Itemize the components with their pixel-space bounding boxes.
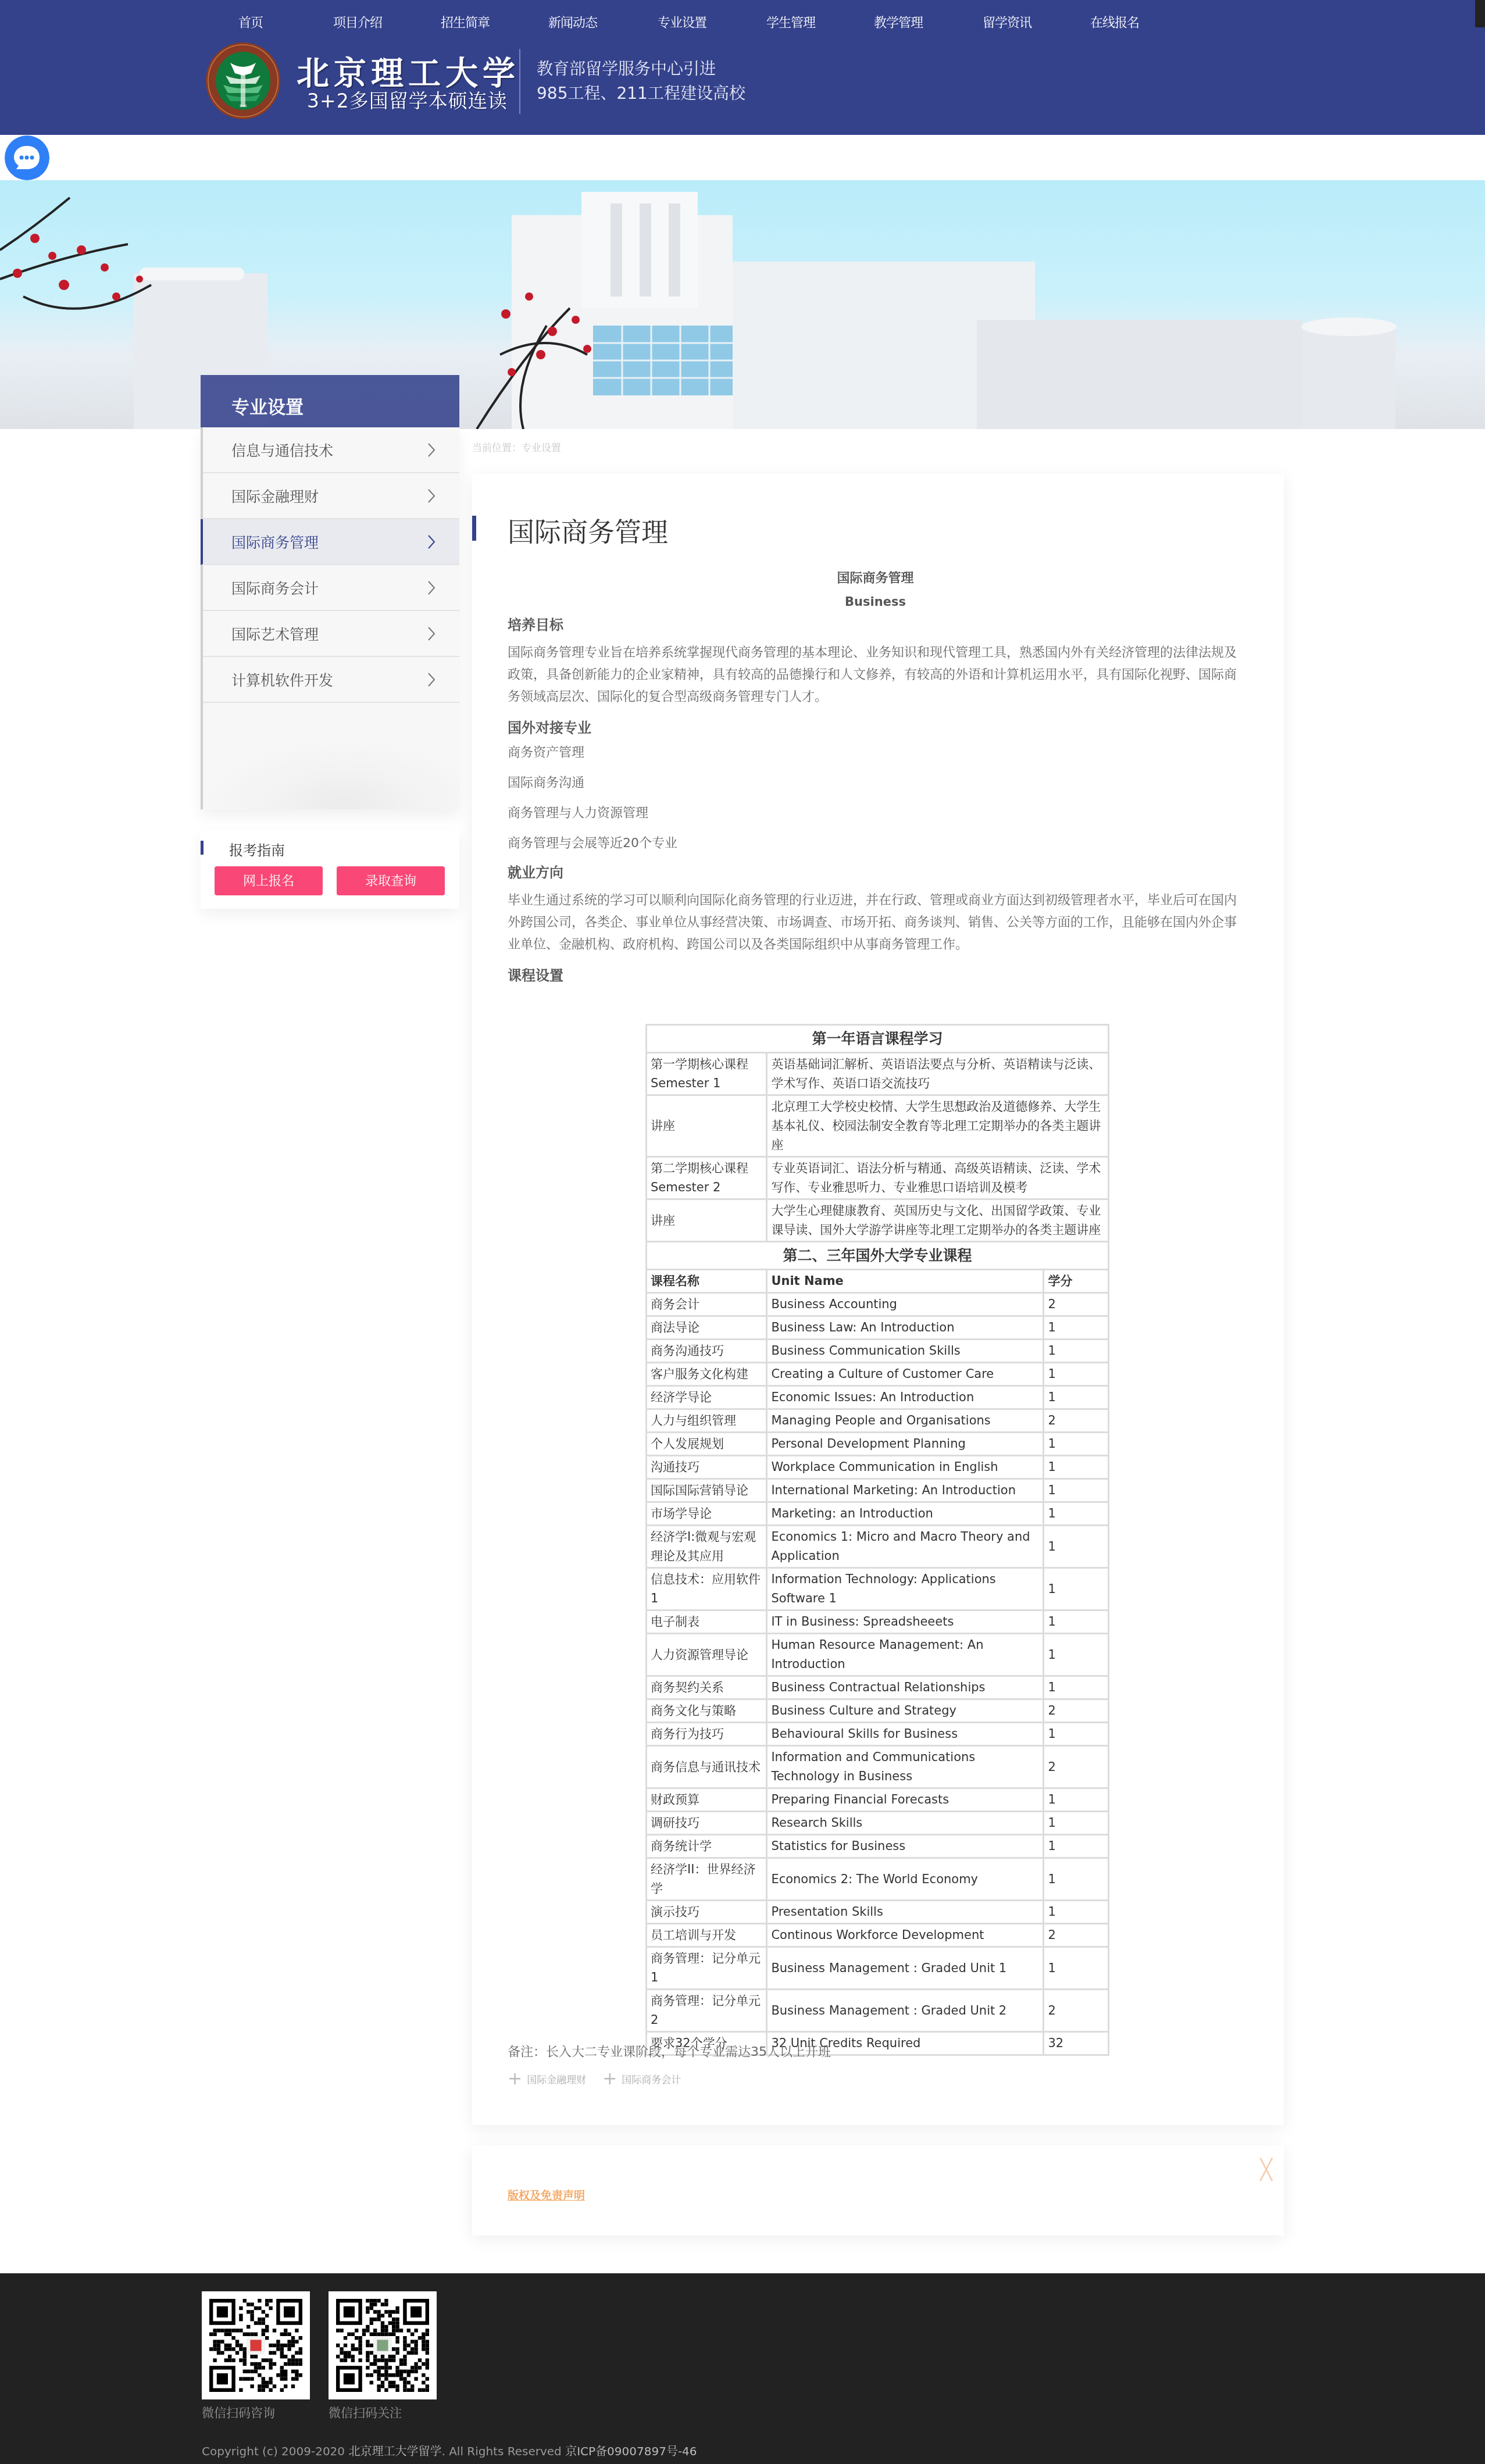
table-cell: 2 <box>1044 1293 1109 1316</box>
chevron-right-icon <box>427 534 436 549</box>
table-cell: 1 <box>1044 1723 1109 1746</box>
table-cell: 演示技巧 <box>647 1901 767 1924</box>
table-cell: 1 <box>1044 1502 1109 1526</box>
application-guide-panel: 报考指南 网上报名 录取查询 <box>201 830 459 909</box>
table-cell: IT in Business: Spreadsheeets <box>767 1610 1044 1634</box>
table-cell: 商法导论 <box>647 1316 767 1340</box>
table-row: 经济学导论Economic Issues: An Introduction1 <box>647 1386 1109 1409</box>
table-cell: Business Management : Graded Unit 1 <box>767 1947 1044 1990</box>
sidebar-item-ict[interactable]: 信息与通信技术 <box>203 427 459 473</box>
table-cell: 1 <box>1044 1479 1109 1502</box>
table-cell: 1 <box>1044 1812 1109 1835</box>
table-cell: International Marketing: An Introduction <box>767 1479 1044 1502</box>
qr-consult <box>202 2291 259 2399</box>
table-cell: Personal Development Planning <box>767 1433 1044 1456</box>
table-cell: 国际国际营销导论 <box>647 1479 767 1502</box>
table-row: 讲座大学生心理健康教育、英国历史与文化、出国留学政策、专业课导读、国外大学游学讲… <box>647 1199 1109 1242</box>
sidebar-item-label: 国际商务管理 <box>231 531 319 552</box>
table-cell: Economic Issues: An Introduction <box>767 1386 1044 1409</box>
table-cell: Information Technology: Applications Sof… <box>767 1568 1044 1610</box>
article-pager: +国际金融理财 +国际商务会计 <box>508 2072 681 2086</box>
sidebar-item-international-business-accounting[interactable]: 国际商务会计 <box>203 565 459 611</box>
table-cell: 信息技术：应用软件1 <box>647 1568 767 1610</box>
section-text-career: 毕业生通过系统的学习可以顺利向国际化商务管理的行业迈进，并在行政、管理或商业方面… <box>508 890 1243 956</box>
list-item: 商务资产管理 <box>508 738 1243 768</box>
list-item: 商务管理与会展等近20个专业 <box>508 829 1243 859</box>
breadcrumb: 当前位置：专业设置 <box>472 440 561 454</box>
section-heading-career: 就业方向 <box>508 861 1243 881</box>
table-cell: 市场学导论 <box>647 1502 767 1526</box>
table-cell: Behavioural Skills for Business <box>767 1723 1044 1746</box>
table-cell: 经济学II：世界经济学 <box>647 1858 767 1901</box>
table-cell: 个人发展规划 <box>647 1433 767 1456</box>
table-cell: 2 <box>1044 1699 1109 1723</box>
table-cell: 1 <box>1044 1340 1109 1363</box>
next-article-link[interactable]: +国际商务会计 <box>602 2072 681 2086</box>
table-row: 商务管理：记分单元1Business Management : Graded U… <box>647 1947 1109 1990</box>
table-cell: 商务管理：记分单元1 <box>647 1947 767 1990</box>
table-cell: 员工培训与开发 <box>647 1924 767 1947</box>
chevron-right-icon <box>427 580 436 595</box>
disclaimer-link[interactable]: 版权及免责声明 <box>508 2187 585 2203</box>
admission-query-button[interactable]: 录取查询 <box>337 866 445 895</box>
table-header-cell: Unit Name <box>767 1270 1044 1293</box>
table-cell: 经济学I:微观与宏观理论及其应用 <box>647 1526 767 1568</box>
table-cell: Human Resource Management: An Introducti… <box>767 1634 1044 1676</box>
chevron-right-icon <box>427 488 436 503</box>
sidebar-item-international-finance[interactable]: 国际金融理财 <box>203 473 459 519</box>
table-cell: 商务统计学 <box>647 1835 767 1858</box>
table-row: 员工培训与开发Continous Workforce Development2 <box>647 1924 1109 1947</box>
qr-caption-consult: 微信扫码咨询 <box>202 2404 275 2421</box>
table-row: 演示技巧Presentation Skills1 <box>647 1901 1109 1924</box>
table-cell: Business Law: An Introduction <box>767 1316 1044 1340</box>
table-cell: 1 <box>1044 1363 1109 1386</box>
table-cell: Business Management : Graded Unit 2 <box>767 1990 1044 2032</box>
page-title: 国际商务管理 <box>508 511 668 549</box>
table-cell: 1 <box>1044 1634 1109 1676</box>
nav-student-management[interactable]: 学生管理 <box>766 13 815 31</box>
table-row: 商法导论Business Law: An Introduction1 <box>647 1316 1109 1340</box>
table-cell: Workplace Communication in English <box>767 1456 1044 1479</box>
table-cell: Business Culture and Strategy <box>767 1699 1044 1723</box>
guide-accent-bar <box>201 841 204 855</box>
table-cell: 1 <box>1044 1858 1109 1901</box>
table-row: 经济学II：世界经济学Economics 2: The World Econom… <box>647 1858 1109 1901</box>
table-cell: Research Skills <box>767 1812 1044 1835</box>
table-section-row: 第一年语言课程学习 <box>647 1025 1109 1053</box>
table-cell: 1 <box>1044 1835 1109 1858</box>
table-row: 财政预算Preparing Financial Forecasts1 <box>647 1788 1109 1812</box>
table-section-title: 第二、三年国外大学专业课程 <box>647 1242 1109 1270</box>
table-row: 商务信息与通讯技术Information and Communications … <box>647 1746 1109 1788</box>
table-cell: 电子制表 <box>647 1610 767 1634</box>
university-logo-icon[interactable]: 1940 <box>205 42 281 120</box>
main-nav: 首页 项目介绍 招生简章 新闻动态 专业设置 学生管理 教学管理 留学资讯 在线… <box>0 13 1485 33</box>
table-cell: 32 <box>1044 2032 1109 2055</box>
brand-tagline-line1: 教育部留学服务中心引进 <box>537 57 745 81</box>
article-card: 国际商务管理 国际商务管理 Business 培养目标 国际商务管理专业旨在培养… <box>472 474 1284 2125</box>
table-row: 人力资源管理导论Human Resource Management: An In… <box>647 1634 1109 1676</box>
article-center-title: 国际商务管理 <box>508 567 1243 590</box>
table-header-cell: 课程名称 <box>647 1270 767 1293</box>
chevron-right-icon <box>427 672 436 687</box>
copyright-owner-link[interactable]: 北京理工大学留学 <box>348 2444 441 2458</box>
table-row: 商务沟通技巧Business Communication Skills1 <box>647 1340 1109 1363</box>
table-cell: 商务管理：记分单元2 <box>647 1990 767 2032</box>
nav-online-apply[interactable]: 在线报名 <box>1090 13 1139 31</box>
guide-title: 报考指南 <box>229 839 285 859</box>
brand-divider <box>519 49 520 114</box>
table-cell: Continous Workforce Development <box>767 1924 1044 1947</box>
table-cell-label: 第二学期核心课程 Semester 2 <box>647 1157 767 1199</box>
sidebar-menu: 信息与通信技术 国际金融理财 国际商务管理 国际商务会计 国际艺术管理 计算机软… <box>201 427 459 809</box>
table-cell: 商务会计 <box>647 1293 767 1316</box>
table-cell: Economics 1: Micro and Macro Theory and … <box>767 1526 1044 1568</box>
sidebar-item-label: 国际金融理财 <box>231 485 319 506</box>
table-cell: Information and Communications Technolog… <box>767 1746 1044 1788</box>
nav-study-abroad-news[interactable]: 留学资讯 <box>983 13 1031 31</box>
table-cell: 1 <box>1044 1568 1109 1610</box>
nav-home[interactable]: 首页 <box>238 13 263 31</box>
table-row: 商务统计学Statistics for Business1 <box>647 1835 1109 1858</box>
close-icon[interactable]: ╳ <box>1261 2158 1272 2181</box>
table-cell: 2 <box>1044 1746 1109 1788</box>
sidebar-title: 专业设置 <box>201 375 459 427</box>
table-row: 经济学I:微观与宏观理论及其应用Economics 1: Micro and M… <box>647 1526 1109 1568</box>
table-cell: Economics 2: The World Economy <box>767 1858 1044 1901</box>
table-cell: 1 <box>1044 1901 1109 1924</box>
site-footer: 微信扫码咨询 微信扫码关注 Copyright (c) 2009-2020 北京… <box>0 2273 1485 2464</box>
table-cell-label: 讲座 <box>647 1199 767 1242</box>
table-cell: 人力与组织管理 <box>647 1409 767 1433</box>
prev-article-label: 国际金融理财 <box>527 2072 586 2086</box>
table-cell: 2 <box>1044 1990 1109 2032</box>
section-heading-goal: 培养目标 <box>508 613 1243 634</box>
nav-project-intro[interactable]: 项目介绍 <box>333 13 382 31</box>
table-cell: 经济学导论 <box>647 1386 767 1409</box>
table-cell: 客户服务文化构建 <box>647 1363 767 1386</box>
table-row: 个人发展规划Personal Development Planning1 <box>647 1433 1109 1456</box>
table-row: 第一学期核心课程 Semester 1英语基础词汇解析、英语语法要点与分析、英语… <box>647 1053 1109 1095</box>
table-cell: 调研技巧 <box>647 1812 767 1835</box>
table-header-row: 课程名称Unit Name学分 <box>647 1270 1109 1293</box>
table-row: 客户服务文化构建Creating a Culture of Customer C… <box>647 1363 1109 1386</box>
qr-caption-follow: 微信扫码关注 <box>329 2404 402 2421</box>
table-row: 沟通技巧Workplace Communication in English1 <box>647 1456 1109 1479</box>
sidebar: 专业设置 信息与通信技术 国际金融理财 国际商务管理 国际商务会计 国际艺术管理… <box>201 375 459 809</box>
table-section-title: 第一年语言课程学习 <box>647 1025 1109 1053</box>
table-row: 商务文化与策略Business Culture and Strategy2 <box>647 1699 1109 1723</box>
next-article-label: 国际商务会计 <box>622 2072 681 2086</box>
table-cell-content: 大学生心理健康教育、英国历史与文化、出国留学政策、专业课导读、国外大学游学讲座等… <box>767 1199 1109 1242</box>
sidebar-item-label: 信息与通信技术 <box>231 440 333 460</box>
section-heading-courses: 课程设置 <box>508 964 1243 984</box>
plus-icon: + <box>508 2073 522 2085</box>
table-row: 讲座北京理工大学校史校情、大学生思想政治及道德修养、大学生基本礼仪、校园法制安全… <box>647 1095 1109 1157</box>
table-row: 第二学期核心课程 Semester 2专业英语词汇、语法分析与精通、高级英语精读… <box>647 1157 1109 1199</box>
foreign-majors-list: 商务资产管理 国际商务沟通 商务管理与人力资源管理 商务管理与会展等近20个专业 <box>508 738 1243 859</box>
disclaimer-card: 版权及免责声明 ╳ <box>472 2145 1284 2236</box>
table-row: 商务行为技巧Behavioural Skills for Business1 <box>647 1723 1109 1746</box>
table-cell: Business Accounting <box>767 1293 1044 1316</box>
table-cell: 沟通技巧 <box>647 1456 767 1479</box>
svg-text:1940: 1940 <box>240 105 247 108</box>
article-center-subtitle: Business <box>508 590 1243 613</box>
sidebar-item-international-arts-management[interactable]: 国际艺术管理 <box>203 611 459 657</box>
title-accent-bar <box>472 516 476 541</box>
table-row: 电子制表IT in Business: Spreadsheeets1 <box>647 1610 1109 1634</box>
sidebar-item-label: 计算机软件开发 <box>231 669 333 690</box>
table-cell: Business Communication Skills <box>767 1340 1044 1363</box>
table-row: 商务会计Business Accounting2 <box>647 1293 1109 1316</box>
table-cell: 商务文化与策略 <box>647 1699 767 1723</box>
nav-teaching-management[interactable]: 教学管理 <box>874 13 923 31</box>
table-row: 调研技巧Research Skills1 <box>647 1812 1109 1835</box>
table-cell: 1 <box>1044 1676 1109 1699</box>
qr-code-icon <box>329 2291 437 2399</box>
sidebar-item-label: 国际艺术管理 <box>231 623 319 644</box>
chat-bubble-icon <box>5 135 49 180</box>
table-cell: 1 <box>1044 1433 1109 1456</box>
table-cell: 1 <box>1044 1456 1109 1479</box>
brand-tagline: 教育部留学服务中心引进 985工程、211工程建设高校 <box>537 57 745 106</box>
table-header-cell: 学分 <box>1044 1270 1109 1293</box>
online-apply-button[interactable]: 网上报名 <box>215 866 323 895</box>
table-cell-label: 第一学期核心课程 Semester 1 <box>647 1053 767 1095</box>
prev-article-link[interactable]: +国际金融理财 <box>508 2072 586 2086</box>
nav-news[interactable]: 新闻动态 <box>548 13 597 31</box>
section-text-goal: 国际商务管理专业旨在培养系统掌握现代商务管理的基本理论、业务知识和现代管理工具，… <box>508 642 1243 708</box>
table-section-row: 第二、三年国外大学专业课程 <box>647 1242 1109 1270</box>
table-cell-content: 北京理工大学校史校情、大学生思想政治及道德修养、大学生基本礼仪、校园法制安全教育… <box>767 1095 1109 1157</box>
table-row: 市场学导论Marketing: an Introduction1 <box>647 1502 1109 1526</box>
copyright: Copyright (c) 2009-2020 北京理工大学留学. All Ri… <box>202 2442 697 2459</box>
icp-link[interactable]: 京ICP备09007897号-46 <box>565 2444 697 2458</box>
table-cell-content: 专业英语词汇、语法分析与精通、高级英语精读、泛读、学术写作、专业雅思听力、专业雅… <box>767 1157 1109 1199</box>
table-cell: Creating a Culture of Customer Care <box>767 1363 1044 1386</box>
table-row: 人力与组织管理Managing People and Organisations… <box>647 1409 1109 1433</box>
table-cell: Business Contractual Relationships <box>767 1676 1044 1699</box>
sidebar-mountain-decoration <box>203 703 459 809</box>
chevron-right-icon <box>427 626 436 641</box>
table-row: 商务管理：记分单元2Business Management : Graded U… <box>647 1990 1109 2032</box>
table-cell: 1 <box>1044 1947 1109 1990</box>
sidebar-item-label: 国际商务会计 <box>231 577 319 598</box>
table-cell: 商务契约关系 <box>647 1676 767 1699</box>
sidebar-item-software-development[interactable]: 计算机软件开发 <box>203 657 459 703</box>
sidebar-item-international-business-management[interactable]: 国际商务管理 <box>201 519 459 565</box>
table-cell-content: 英语基础词汇解析、英语语法要点与分析、英语精读与泛读、学术写作、英语口语交流技巧 <box>767 1053 1109 1095</box>
table-cell: Preparing Financial Forecasts <box>767 1788 1044 1812</box>
table-cell: 1 <box>1044 1526 1109 1568</box>
qr-code-icon <box>202 2291 310 2399</box>
chat-button[interactable] <box>5 135 49 180</box>
table-cell: 财政预算 <box>647 1788 767 1812</box>
table-row: 信息技术：应用软件1Information Technology: Applic… <box>647 1568 1109 1610</box>
chevron-right-icon <box>427 442 436 458</box>
table-cell: 1 <box>1044 1788 1109 1812</box>
article-note: 备注：长入大二专业课阶段，每个专业需达35人以上开班 <box>508 2042 831 2060</box>
brand-subtitle: 3+2多国留学本硕连读 <box>307 86 508 113</box>
table-cell: 2 <box>1044 1924 1109 1947</box>
table-cell: Marketing: an Introduction <box>767 1502 1044 1526</box>
table-cell: Presentation Skills <box>767 1901 1044 1924</box>
table-row: 商务契约关系Business Contractual Relationships… <box>647 1676 1109 1699</box>
table-cell: Statistics for Business <box>767 1835 1044 1858</box>
table-cell-label: 讲座 <box>647 1095 767 1157</box>
course-table: 第一年语言课程学习第一学期核心课程 Semester 1英语基础词汇解析、英语语… <box>645 1024 1109 2056</box>
table-cell: 1 <box>1044 1316 1109 1340</box>
list-item: 国际商务沟通 <box>508 768 1243 798</box>
table-cell: 2 <box>1044 1409 1109 1433</box>
qr-follow <box>329 2291 385 2399</box>
table-cell: 商务沟通技巧 <box>647 1340 767 1363</box>
article-body: 国际商务管理 Business 培养目标 国际商务管理专业旨在培养系统掌握现代商… <box>508 567 1243 984</box>
table-cell: 人力资源管理导论 <box>647 1634 767 1676</box>
copyright-prefix: Copyright (c) 2009-2020 <box>202 2444 348 2458</box>
table-row: 国际国际营销导论International Marketing: An Intr… <box>647 1479 1109 1502</box>
brand-tagline-line2: 985工程、211工程建设高校 <box>537 81 745 106</box>
table-cell: Managing People and Organisations <box>767 1409 1044 1433</box>
section-heading-foreign-majors: 国外对接专业 <box>508 716 1243 737</box>
table-cell: 商务行为技巧 <box>647 1723 767 1746</box>
list-item: 商务管理与人力资源管理 <box>508 798 1243 829</box>
nav-majors[interactable]: 专业设置 <box>658 13 706 31</box>
nav-admission-guide[interactable]: 招生简章 <box>441 13 490 31</box>
table-cell: 1 <box>1044 1610 1109 1634</box>
table-cell: 1 <box>1044 1386 1109 1409</box>
site-header: 首页 项目介绍 招生简章 新闻动态 专业设置 学生管理 教学管理 留学资讯 在线… <box>0 0 1485 135</box>
plus-icon: + <box>602 2073 617 2085</box>
copyright-suffix: . All Rights Reserved <box>441 2444 565 2458</box>
table-cell: 商务信息与通讯技术 <box>647 1746 767 1788</box>
